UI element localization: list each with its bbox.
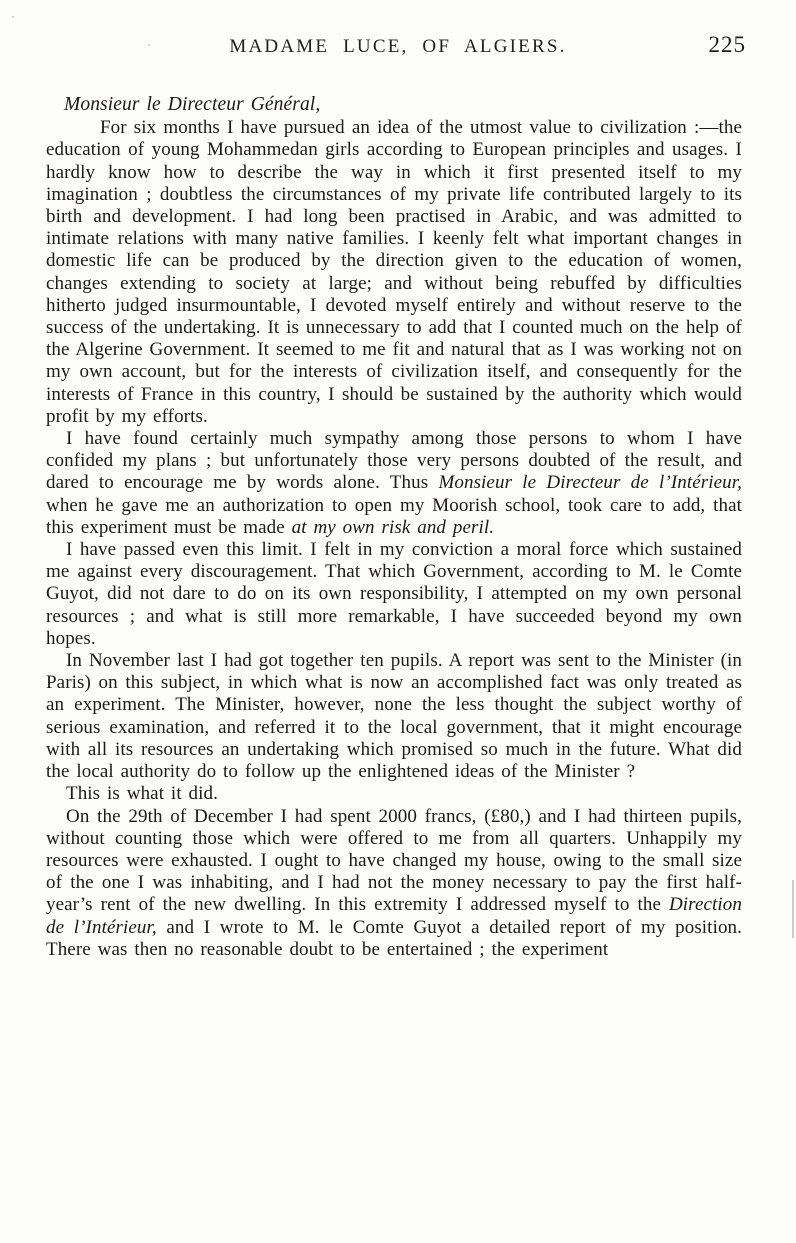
text-segment-italic: at my own risk and peril. bbox=[292, 517, 495, 538]
paragraph: I have passed even this limit. I felt in… bbox=[46, 539, 742, 650]
text-segment-italic: Monsieur le Directeur de l’Intérieur, bbox=[438, 472, 742, 493]
scanned-book-page: MADAME LUCE, OF ALGIERS. 225 Monsieur le… bbox=[0, 0, 796, 1243]
text-segment: In November last I had got together ten … bbox=[46, 650, 742, 782]
running-title: MADAME LUCE, OF ALGIERS. bbox=[0, 36, 796, 58]
letter-body: Monsieur le Directeur Général, For six m… bbox=[0, 94, 796, 961]
text-segment: This is what it did. bbox=[66, 783, 218, 804]
salutation-text: Monsieur le Directeur Général, bbox=[64, 94, 320, 115]
salutation: Monsieur le Directeur Général, bbox=[46, 94, 742, 116]
scanner-edge-artifact bbox=[792, 880, 794, 938]
text-segment: I have passed even this limit. I felt in… bbox=[46, 539, 742, 649]
paragraph: I have found certainly much sympathy amo… bbox=[46, 428, 742, 539]
text-segment: On the 29th of December I had spent 2000… bbox=[46, 806, 742, 916]
paragraph: For six months I have pursued an idea of… bbox=[46, 117, 742, 428]
paragraph: This is what it did. bbox=[46, 783, 742, 805]
page-header: MADAME LUCE, OF ALGIERS. 225 bbox=[0, 0, 796, 64]
text-segment: For six months I have pursued an idea of… bbox=[46, 117, 742, 427]
paragraph: On the 29th of December I had spent 2000… bbox=[46, 806, 742, 961]
paragraph: In November last I had got together ten … bbox=[46, 650, 742, 783]
page-number: 225 bbox=[709, 32, 747, 58]
